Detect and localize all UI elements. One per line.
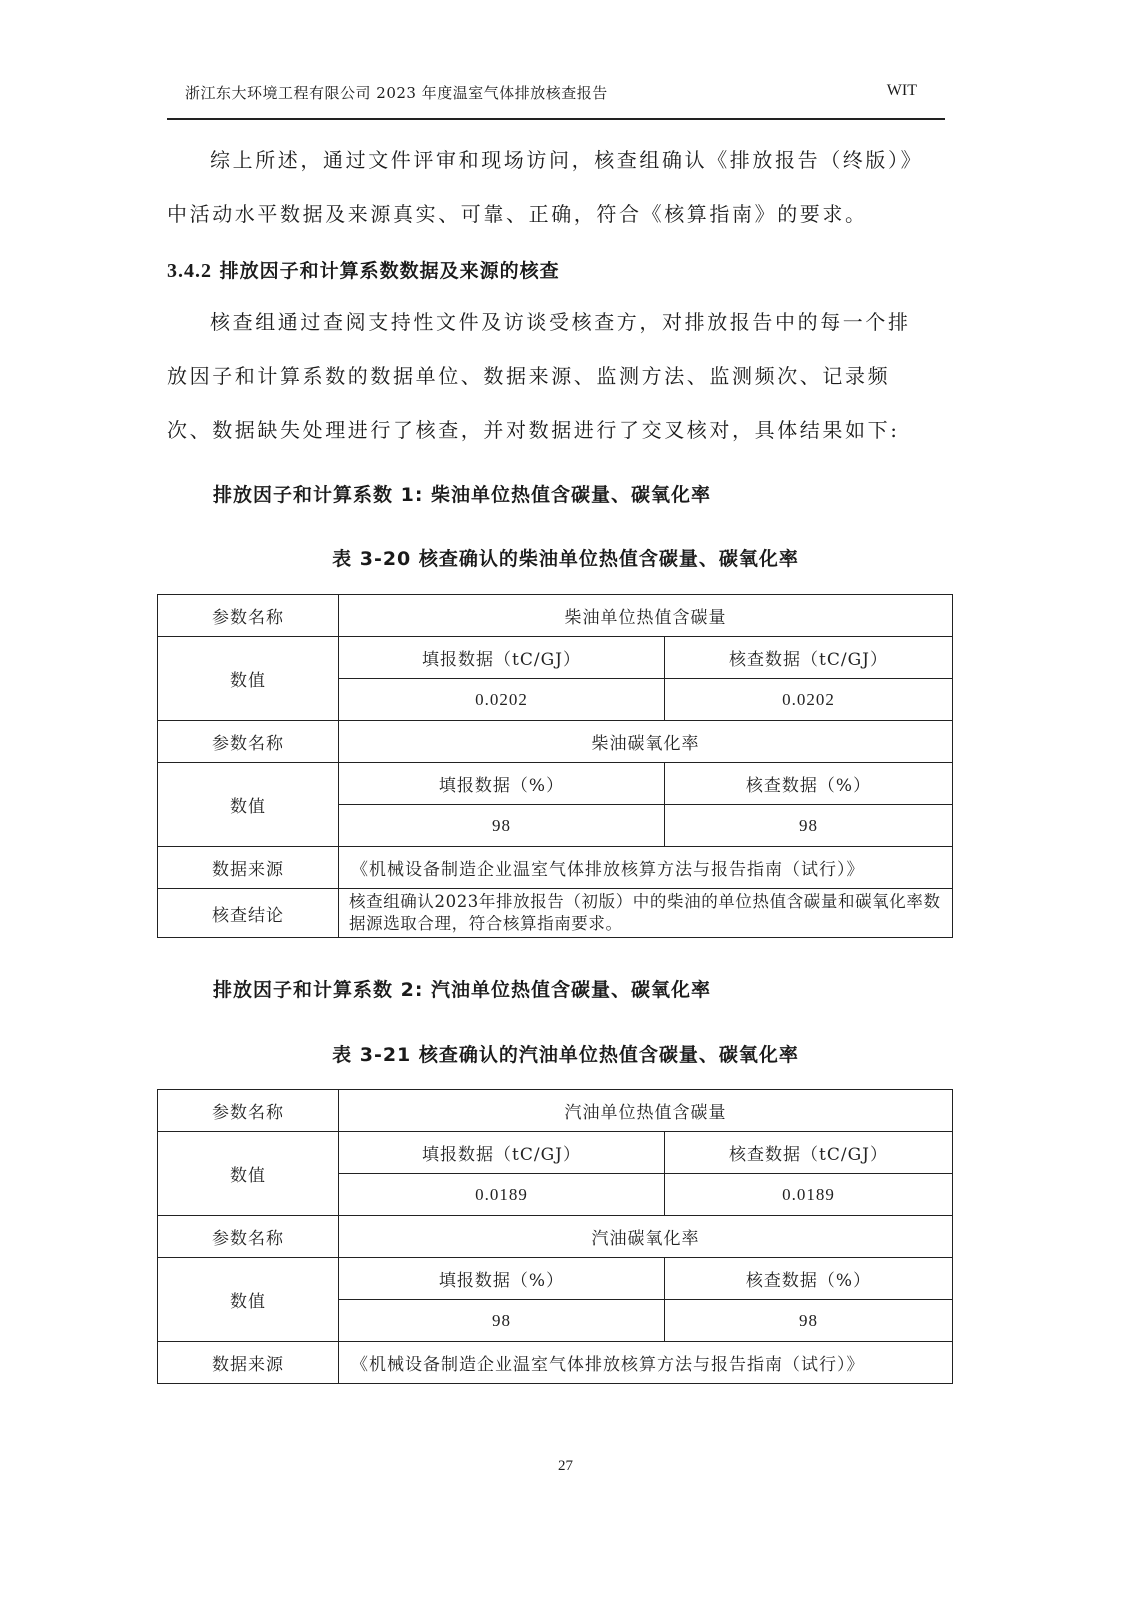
verified-header: 核查数据（%） <box>665 763 953 805</box>
value-label: 数值 <box>158 1258 339 1342</box>
source-label: 数据来源 <box>158 1342 339 1384</box>
factor1-heading: 排放因子和计算系数 1: 柴油单位热值含碳量、碳氧化率 <box>213 480 711 507</box>
reported-header: 填报数据（tC/GJ） <box>339 637 665 679</box>
verified-value: 98 <box>665 1300 953 1342</box>
table-row: 数据来源 《机械设备制造企业温室气体排放核算方法与报告指南（试行）》 <box>158 847 953 889</box>
source-label: 数据来源 <box>158 847 339 889</box>
section-title: 排放因子和计算系数数据及来源的核查 <box>220 260 560 282</box>
page-number: 27 <box>0 1458 1131 1475</box>
source-value: 《机械设备制造企业温室气体排放核算方法与报告指南（试行）》 <box>339 1342 953 1384</box>
table-row: 参数名称 汽油碳氧化率 <box>158 1216 953 1258</box>
table-row: 核查结论 核查组确认2023年排放报告（初版）中的柴油的单位热值含碳量和碳氧化率… <box>158 889 953 938</box>
param-name: 柴油单位热值含碳量 <box>339 595 953 637</box>
table-row: 参数名称 汽油单位热值含碳量 <box>158 1090 953 1132</box>
param-name: 柴油碳氧化率 <box>339 721 953 763</box>
reported-header: 填报数据（%） <box>339 763 665 805</box>
reported-value: 0.0189 <box>339 1174 665 1216</box>
table-3-21-caption: 表 3-21 核查确认的汽油单位热值含碳量、碳氧化率 <box>0 1040 1131 1067</box>
value-label: 数值 <box>158 637 339 721</box>
header-mark: WIT <box>887 82 945 100</box>
factor2-heading: 排放因子和计算系数 2: 汽油单位热值含碳量、碳氧化率 <box>213 975 711 1002</box>
verified-value: 0.0202 <box>665 679 953 721</box>
param-name: 汽油碳氧化率 <box>339 1216 953 1258</box>
param-label: 参数名称 <box>158 595 339 637</box>
report-title: 浙江东大环境工程有限公司 2023 年度温室气体排放核查报告 <box>167 82 608 103</box>
table-row: 数值 填报数据（%） 核查数据（%） <box>158 763 953 805</box>
verified-header: 核查数据（%） <box>665 1258 953 1300</box>
section-number: 3.4.2 <box>167 260 212 282</box>
param-label: 参数名称 <box>158 1090 339 1132</box>
intro-paragraph: 核查组通过查阅支持性文件及访谈受核查方，对排放报告中的每一个排放因子和计算系数的… <box>167 295 927 457</box>
param-label: 参数名称 <box>158 1216 339 1258</box>
verified-header: 核查数据（tC/GJ） <box>665 1132 953 1174</box>
table-row: 参数名称 柴油单位热值含碳量 <box>158 595 953 637</box>
section-heading: 3.4.2 排放因子和计算系数数据及来源的核查 <box>167 256 560 283</box>
param-label: 参数名称 <box>158 721 339 763</box>
table-3-21: 参数名称 汽油单位热值含碳量 数值 填报数据（tC/GJ） 核查数据（tC/GJ… <box>157 1089 953 1384</box>
reported-value: 0.0202 <box>339 679 665 721</box>
verified-header: 核查数据（tC/GJ） <box>665 637 953 679</box>
source-value: 《机械设备制造企业温室气体排放核算方法与报告指南（试行）》 <box>339 847 953 889</box>
reported-header: 填报数据（tC/GJ） <box>339 1132 665 1174</box>
verified-value: 0.0189 <box>665 1174 953 1216</box>
table-row: 参数名称 柴油碳氧化率 <box>158 721 953 763</box>
table-3-20-caption: 表 3-20 核查确认的柴油单位热值含碳量、碳氧化率 <box>0 544 1131 571</box>
summary-paragraph: 综上所述，通过文件评审和现场访问，核查组确认《排放报告（终版）》中活动水平数据及… <box>167 133 927 241</box>
conclusion-label: 核查结论 <box>158 889 339 938</box>
table-row: 数值 填报数据（%） 核查数据（%） <box>158 1258 953 1300</box>
conclusion-value: 核查组确认2023年排放报告（初版）中的柴油的单位热值含碳量和碳氧化率数据源选取… <box>339 889 953 938</box>
table-row: 数值 填报数据（tC/GJ） 核查数据（tC/GJ） <box>158 637 953 679</box>
param-name: 汽油单位热值含碳量 <box>339 1090 953 1132</box>
page-header: 浙江东大环境工程有限公司 2023 年度温室气体排放核查报告 WIT <box>167 82 945 120</box>
reported-header: 填报数据（%） <box>339 1258 665 1300</box>
value-label: 数值 <box>158 763 339 847</box>
reported-value: 98 <box>339 805 665 847</box>
verified-value: 98 <box>665 805 953 847</box>
value-label: 数值 <box>158 1132 339 1216</box>
table-row: 数值 填报数据（tC/GJ） 核查数据（tC/GJ） <box>158 1132 953 1174</box>
table-3-20: 参数名称 柴油单位热值含碳量 数值 填报数据（tC/GJ） 核查数据（tC/GJ… <box>157 594 953 938</box>
reported-value: 98 <box>339 1300 665 1342</box>
table-row: 数据来源 《机械设备制造企业温室气体排放核算方法与报告指南（试行）》 <box>158 1342 953 1384</box>
